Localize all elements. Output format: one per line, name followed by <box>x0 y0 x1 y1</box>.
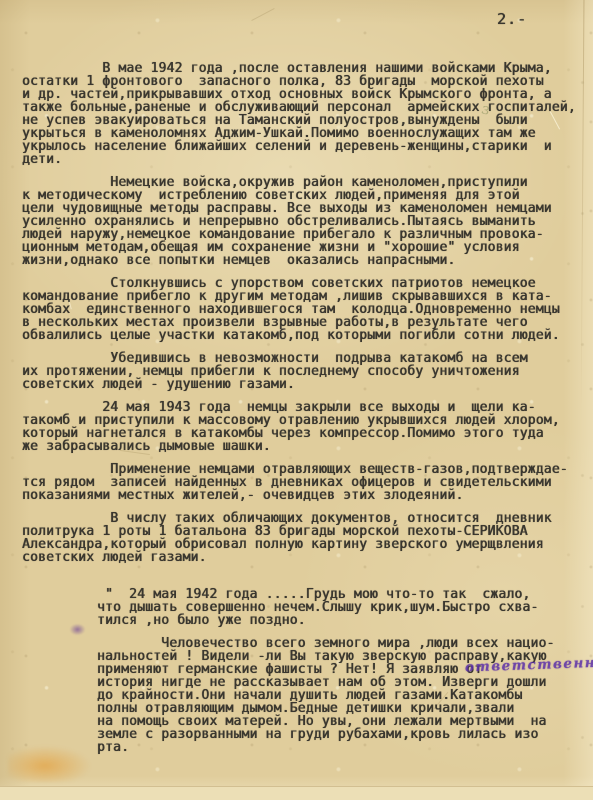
quote-paragraph-2-text-after: история нигде не рассказывает нам об это… <box>97 675 547 755</box>
scan-bottom-edge <box>0 786 593 800</box>
paragraph-3: Столкнувшись с упорством советских патри… <box>22 277 587 342</box>
paragraph-5: 24 мая 1943 года немцы закрыли все выход… <box>22 401 587 453</box>
diary-quote-block: " 24 мая 1942 года .....Грудь мою что-то… <box>97 588 587 754</box>
document-body: В мае 1942 года ,после оставления нашими… <box>22 62 587 764</box>
paragraph-6: Применение немцами отравляющих веществ-г… <box>22 463 587 502</box>
page-number: 2.- <box>497 10 527 28</box>
handwritten-annotation: ответственно <box>465 657 593 675</box>
paragraph-1: В мае 1942 года ,после оставления нашими… <box>22 62 587 166</box>
paper-fiber <box>251 8 274 21</box>
document-scan-page: 2.- ɜ В мае 1942 года ,после оставления … <box>0 0 593 800</box>
paragraph-4: Убедившись в невозможности подрыва катак… <box>22 352 587 391</box>
paragraph-2: Немецкие войска,окружив район каменоломе… <box>22 176 587 267</box>
paragraph-7: В числу таких обличающих документов, отн… <box>22 512 587 564</box>
quote-paragraph-2: Человечество всего земного мира ,люди вс… <box>97 637 587 754</box>
quote-paragraph-1: " 24 мая 1942 года .....Грудь мою что-то… <box>97 588 587 627</box>
